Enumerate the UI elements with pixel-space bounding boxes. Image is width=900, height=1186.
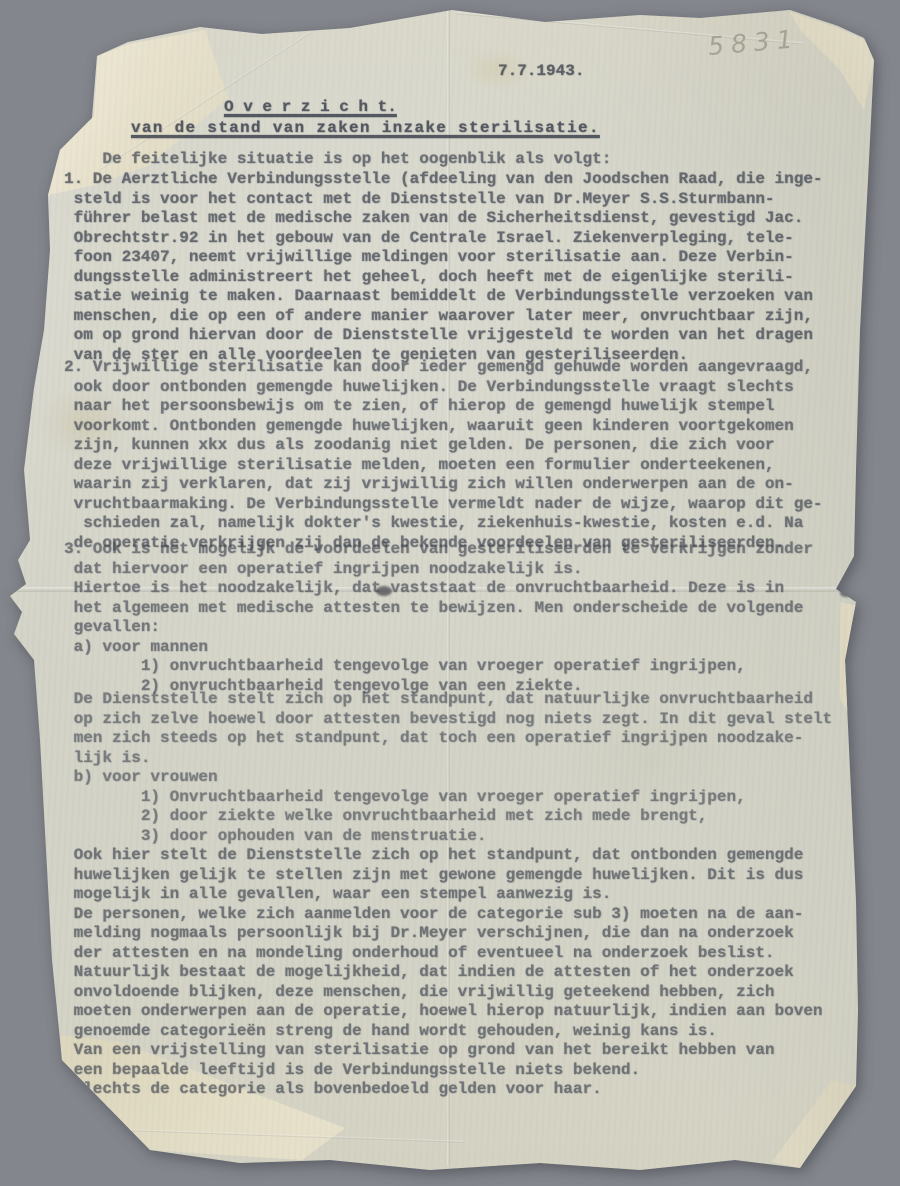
section-3-women-paragraph: De Dienststelle stelt zich op het standp… — [64, 690, 832, 846]
section-1-paragraph: 1. De Aerztliche Verbindungsstelle (afde… — [64, 170, 823, 365]
scanned-document-background: 5831 7.7.1943. O v e r z i c h t. van de… — [0, 0, 900, 1186]
document-subtitle: van de stand van zaken inzake sterilisat… — [131, 119, 600, 139]
document-date: 7.7.1943. — [498, 62, 584, 82]
paper-shadow-wrapper: 5831 7.7.1943. O v e r z i c h t. van de… — [0, 0, 900, 1186]
section-2-paragraph: 2. Vrijwillige sterilisatie kan door ied… — [64, 358, 823, 553]
crease-bottom-left — [95, 1128, 465, 1143]
section-3-paragraph: 3. Ook is het mogelijk de voordeelen van… — [64, 540, 813, 696]
fold-tear-mark-right — [840, 588, 852, 597]
pencil-archive-number: 5831 — [707, 24, 801, 61]
folded-corner-top-right — [760, 0, 900, 130]
closing-paragraph: Ook hier stelt de Dienststelle zich op h… — [64, 846, 823, 1100]
intro-line: De feitelijke situatie is op het oogenbl… — [64, 150, 611, 170]
document-page: 5831 7.7.1943. O v e r z i c h t. van de… — [0, 0, 900, 1186]
document-title: O v e r z i c h t. — [224, 98, 397, 118]
